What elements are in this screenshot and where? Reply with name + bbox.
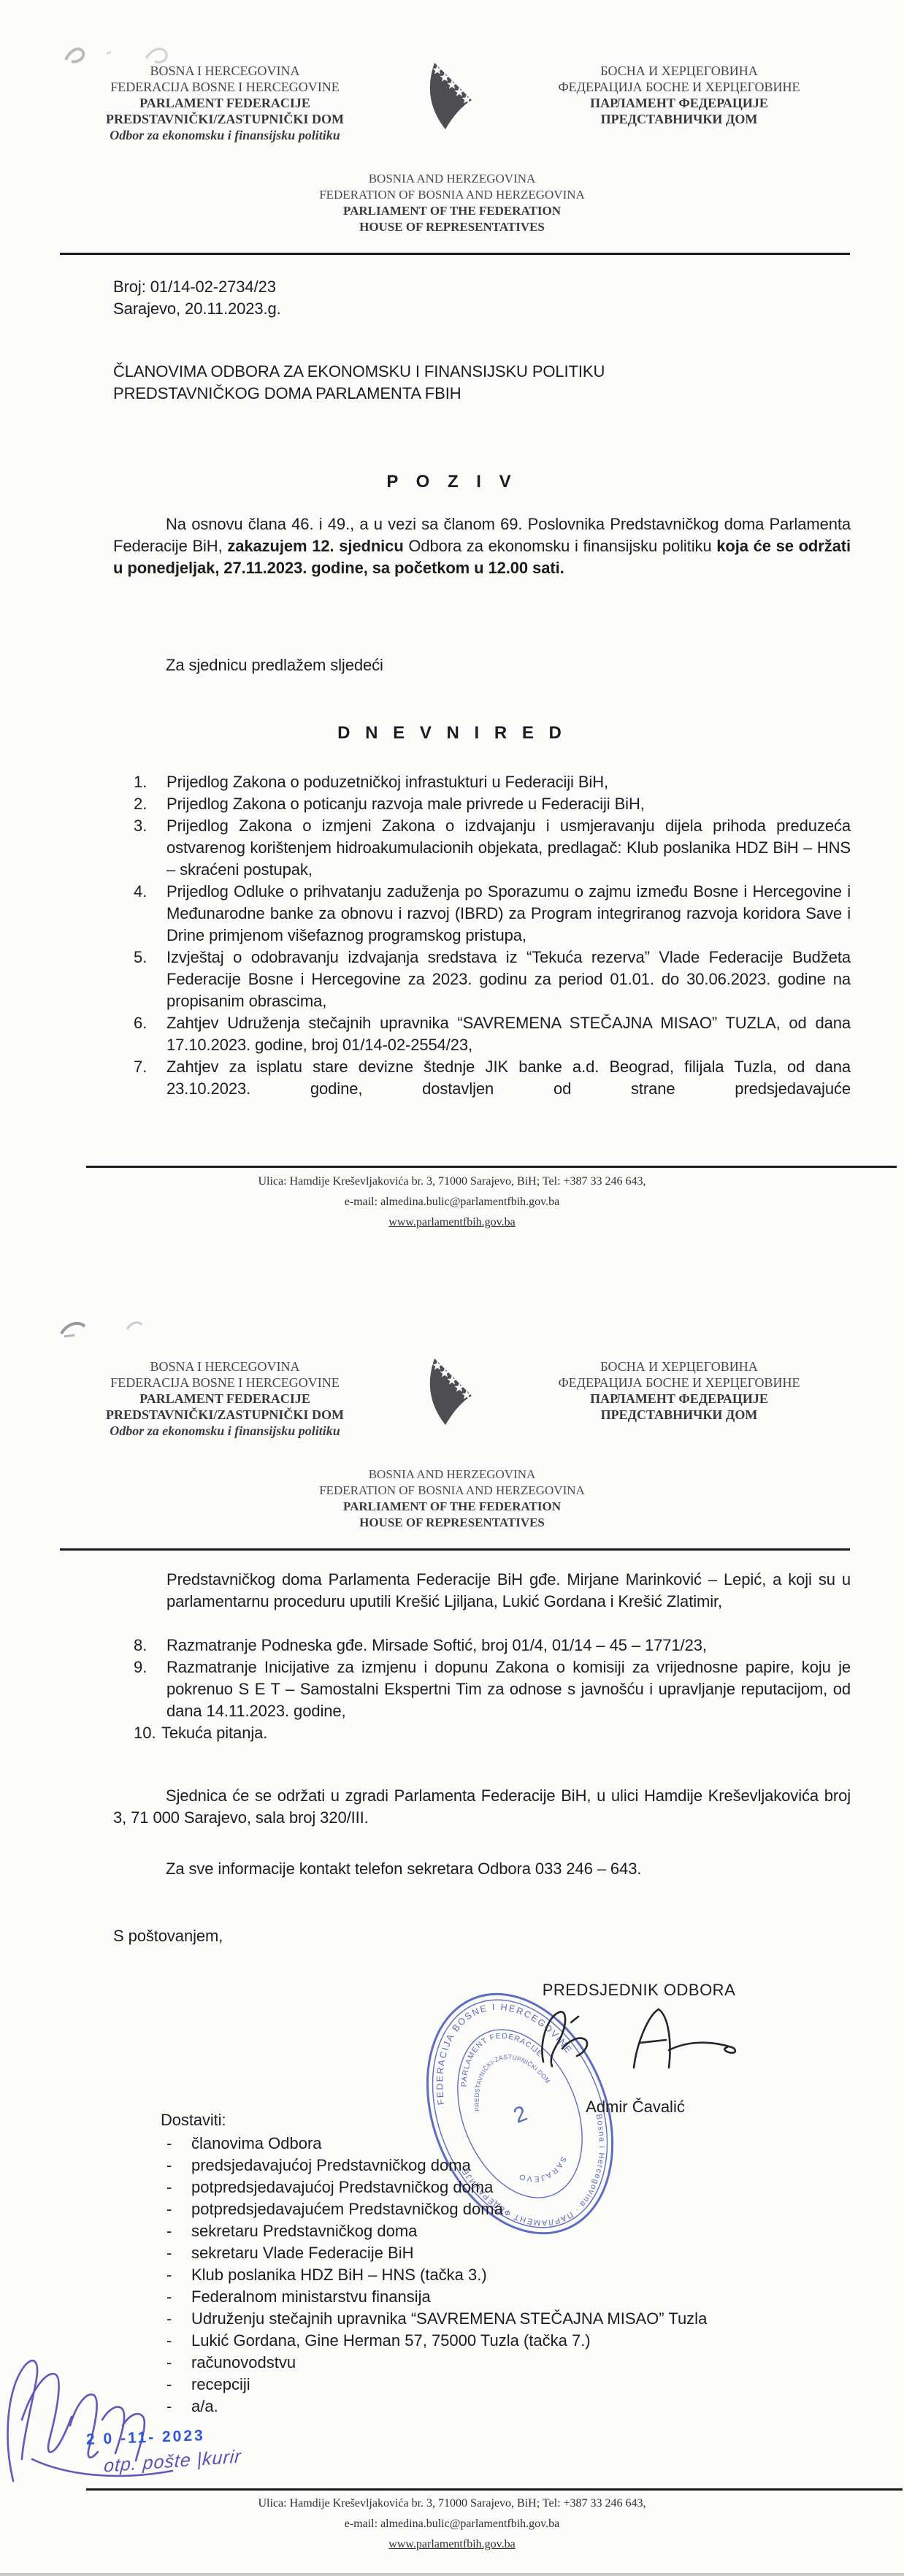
agenda-item-7: 7. Zahtjev za isplatu stare devizne šted… bbox=[134, 1056, 851, 1100]
distribution-item-text: Klub poslanika HDZ BiH – HNS (tačka 3.) bbox=[191, 2264, 487, 2286]
distribution-item-5: -sekretaru Predstavničkog doma bbox=[166, 2220, 707, 2242]
footer-website: www.parlamentfbih.gov.ba bbox=[0, 2534, 904, 2555]
contact-info-paragraph: Za sve informacije kontakt telefon sekre… bbox=[113, 1858, 851, 1880]
agenda-item-text: Razmatranje Podneska gđe. Mirsade Softić… bbox=[166, 1635, 851, 1656]
agenda-list-page2: 8. Razmatranje Podneska gđe. Mirsade Sof… bbox=[134, 1635, 851, 1744]
agenda-item-5: 5. Izvještaj o odobravanju izdvajanja sr… bbox=[134, 947, 851, 1012]
distribution-item-text: članovima Odbora bbox=[191, 2133, 322, 2155]
federation-name-cyr: ФЕДЕРАЦИЈА БОСНЕ И ХЕРЦЕГОВИНЕ bbox=[497, 1375, 862, 1391]
dash-bullet: - bbox=[166, 2176, 191, 2198]
federation-name-cyr: ФЕДЕРАЦИЈА БОСНЕ И ХЕРЦЕГОВИНЕ bbox=[497, 79, 862, 95]
distribution-item-12: -recepciji bbox=[166, 2374, 707, 2396]
agenda-item-text: Prijedlog Zakona o poticanju razvoja mal… bbox=[166, 793, 851, 815]
agenda-item-6: 6. Zahtjev Udruženja stečajnih upravnika… bbox=[134, 1012, 851, 1056]
coat-of-arms-icon bbox=[416, 61, 473, 131]
committee-name: Odbor za ekonomsku i finansijsku politik… bbox=[42, 1423, 407, 1439]
dash-bullet: - bbox=[166, 2155, 191, 2176]
agenda-item-1: 1. Prijedlog Zakona o poduzetničkoj infr… bbox=[134, 771, 851, 793]
agenda-item-3: 3. Prijedlog Zakona o izmjeni Zakona o i… bbox=[134, 815, 851, 881]
distribution-item-text: računovodstvu bbox=[191, 2352, 296, 2374]
agenda-item-text: Tekuća pitanja. bbox=[161, 1722, 851, 1744]
dash-bullet: - bbox=[166, 2220, 191, 2242]
footer-website: www.parlamentfbih.gov.ba bbox=[0, 1212, 904, 1233]
header-center-english-p2: BOSNIA AND HERZEGOVINA FEDERATION OF BOS… bbox=[226, 1467, 678, 1531]
agenda-item-text: Izvještaj o odobravanju izdvajanja sreds… bbox=[166, 947, 851, 1012]
parliament-name-cyr: ПАРЛАМЕНТ ФЕДЕРАЦИЈЕ bbox=[497, 1391, 862, 1407]
footer-address: Ulica: Hamdije Kreševljakovića br. 3, 71… bbox=[0, 1172, 904, 1192]
agenda-item-number: 9. bbox=[134, 1656, 166, 1678]
federation-name-en: FEDERATION OF BOSNIA AND HERZEGOVINA bbox=[226, 1483, 678, 1499]
scan-smudge-mark-page2 bbox=[57, 1312, 145, 1344]
footer-email: e-mail: almedina.bulic@parlamentfbih.gov… bbox=[0, 2514, 904, 2534]
parliament-name: PARLAMENT FEDERACIJE bbox=[42, 95, 407, 111]
distribution-item-text: Lukić Gordana, Gine Herman 57, 75000 Tuz… bbox=[191, 2330, 591, 2352]
parliament-name-cyr: ПАРЛАМЕНТ ФЕДЕРАЦИЈЕ bbox=[497, 95, 862, 111]
country-name-en: BOSNIA AND HERZEGOVINA bbox=[226, 1467, 678, 1483]
header-divider-rule bbox=[60, 253, 850, 255]
addressee-line-2: PREDSTAVNIČKOG DOMA PARLAMENTA FBIH bbox=[113, 383, 605, 405]
distribution-item-7: -Klub poslanika HDZ BiH – HNS (tačka 3.) bbox=[166, 2264, 707, 2286]
proposal-line: Za sjednicu predlažem sljedeći bbox=[166, 654, 383, 676]
distribution-item-text: recepciji bbox=[191, 2374, 250, 2396]
house-name-en: HOUSE OF REPRESENTATIVES bbox=[226, 219, 678, 235]
agenda-item-text: Prijedlog Odluke o prihvatanju zaduženja… bbox=[166, 881, 851, 947]
committee-name: Odbor za ekonomsku i finansijsku politik… bbox=[42, 127, 407, 143]
signatory-name: Admir Čavalić bbox=[511, 2098, 759, 2117]
distribution-item-text: Udruženju stečajnih upravnika “SAVREMENA… bbox=[191, 2308, 707, 2330]
distribution-item-text: potpredsjedavajućem Predstavničkog doma bbox=[191, 2198, 503, 2220]
distribution-item-1: -članovima Odbora bbox=[166, 2133, 707, 2155]
coat-of-arms-icon-p2 bbox=[416, 1357, 473, 1427]
scan-bottom-edge bbox=[0, 2573, 904, 2576]
dash-bullet: - bbox=[166, 2133, 191, 2155]
house-name-en: HOUSE OF REPRESENTATIVES bbox=[226, 1515, 678, 1531]
footer-address: Ulica: Hamdije Kreševljakovića br. 3, 71… bbox=[0, 2493, 904, 2514]
distribution-item-text: potpredsjedavajućoj Predstavničkog doma bbox=[191, 2176, 493, 2198]
intro-text-bold-1: zakazujem 12. sjednicu bbox=[227, 537, 403, 555]
agenda-item-number: 6. bbox=[134, 1012, 166, 1034]
agenda-item-number: 2. bbox=[134, 793, 166, 815]
country-name: BOSNA I HERCEGOVINA bbox=[42, 63, 407, 79]
agenda-item-number: 10. bbox=[134, 1722, 161, 1744]
agenda-item-text: Zahtjev Udruženja stečajnih upravnika “S… bbox=[166, 1012, 851, 1056]
agenda-item-number: 5. bbox=[134, 947, 166, 968]
dash-bullet: - bbox=[166, 2264, 191, 2286]
parliament-name-en: PARLIAMENT OF THE FEDERATION bbox=[226, 203, 678, 219]
house-name: PREDSTAVNIČKI/ZASTUPNIČKI DOM bbox=[42, 111, 407, 127]
distribution-item-8: -Federalnom ministarstvu finansija bbox=[166, 2286, 707, 2308]
agenda-item-number: 8. bbox=[134, 1635, 166, 1656]
header-left-latin: BOSNA I HERCEGOVINA FEDERACIJA BOSNE I H… bbox=[42, 63, 407, 143]
federation-name-en: FEDERATION OF BOSNIA AND HERZEGOVINA bbox=[226, 187, 678, 203]
distribution-item-text: predsjedavajućoj Predstavničkog doma bbox=[191, 2155, 471, 2176]
salutation: S poštovanjem, bbox=[113, 1925, 223, 1947]
house-name: PREDSTAVNIČKI/ZASTUPNIČKI DOM bbox=[42, 1407, 407, 1423]
distribution-item-13: -a/a. bbox=[166, 2396, 707, 2418]
signature-ink bbox=[533, 1998, 752, 2085]
dash-bullet: - bbox=[166, 2242, 191, 2264]
country-name: BOSNA I HERCEGOVINA bbox=[42, 1358, 407, 1375]
house-name-cyr: ПРЕДСТАВНИЧКИ ДОМ bbox=[497, 111, 862, 127]
agenda-item-number: 7. bbox=[134, 1056, 166, 1078]
agenda-item-text: Prijedlog Zakona o poduzetničkoj infrast… bbox=[166, 771, 851, 793]
agenda-item-text: Prijedlog Zakona o izmjeni Zakona o izdv… bbox=[166, 815, 851, 881]
country-name-en: BOSNIA AND HERZEGOVINA bbox=[226, 171, 678, 187]
footer-page1: Ulica: Hamdije Kreševljakovića br. 3, 71… bbox=[0, 1172, 904, 1233]
place-and-date: Sarajevo, 20.11.2023.g. bbox=[113, 298, 281, 320]
distribution-item-text: sekretaru Predstavničkog doma bbox=[191, 2220, 417, 2242]
header-right-cyrillic: БОСНА И ХЕРЦЕГОВИНА ФЕДЕРАЦИЈА БОСНЕ И Х… bbox=[497, 63, 862, 127]
footer-rule-page2 bbox=[86, 2488, 903, 2491]
document-title: P O Z I V bbox=[0, 472, 904, 492]
country-name-cyr: БОСНА И ХЕРЦЕГОВИНА bbox=[497, 63, 862, 79]
parliament-name-en: PARLIAMENT OF THE FEDERATION bbox=[226, 1499, 678, 1515]
distribution-item-3: -potpredsjedavajućoj Predstavničkog doma bbox=[166, 2176, 707, 2198]
dash-bullet: - bbox=[166, 2308, 191, 2330]
distribution-item-text: Federalnom ministarstvu finansija bbox=[191, 2286, 431, 2308]
addressee-line-1: ČLANOVIMA ODBORA ZA EKONOMSKU I FINANSIJ… bbox=[113, 361, 605, 383]
footer-email: e-mail: almedina.bulic@parlamentfbih.gov… bbox=[0, 1192, 904, 1212]
header-center-english: BOSNIA AND HERZEGOVINA FEDERATION OF BOS… bbox=[226, 171, 678, 235]
header-left-latin-p2: BOSNA I HERCEGOVINA FEDERACIJA BOSNE I H… bbox=[42, 1358, 407, 1439]
agenda-item-10: 10. Tekuća pitanja. bbox=[134, 1722, 851, 1744]
country-name-cyr: БОСНА И ХЕРЦЕГОВИНА bbox=[497, 1358, 862, 1375]
distribution-item-2: -predsjedavajućoj Predstavničkog doma bbox=[166, 2155, 707, 2176]
distribution-item-4: -potpredsjedavajućem Predstavničkog doma bbox=[166, 2198, 707, 2220]
header-divider-rule-p2 bbox=[60, 1548, 850, 1551]
footer-rule-page1 bbox=[86, 1166, 897, 1168]
agenda-item-2: 2. Prijedlog Zakona o poticanju razvoja … bbox=[134, 793, 851, 815]
addressee-block: ČLANOVIMA ODBORA ZA EKONOMSKU I FINANSIJ… bbox=[113, 361, 605, 405]
agenda-item-number: 4. bbox=[134, 881, 166, 903]
distribution-item-text: sekretaru Vlade Federacije BiH bbox=[191, 2242, 413, 2264]
dash-bullet: - bbox=[166, 2198, 191, 2220]
agenda-item-4: 4. Prijedlog Odluke o prihvatanju zaduže… bbox=[134, 881, 851, 947]
agenda-item-7-continuation: Predstavničkog doma Parlamenta Federacij… bbox=[166, 1569, 851, 1613]
distribution-item-6: -sekretaru Vlade Federacije BiH bbox=[166, 2242, 707, 2264]
reference-number: Broj: 01/14-02-2734/23 bbox=[113, 276, 281, 298]
agenda-item-text: Zahtjev za isplatu stare devizne štednje… bbox=[166, 1056, 851, 1100]
house-name-cyr: ПРЕДСТАВНИЧКИ ДОМ bbox=[497, 1407, 862, 1423]
agenda-item-number: 3. bbox=[134, 815, 166, 837]
agenda-title: D N E V N I R E D bbox=[0, 723, 904, 744]
agenda-item-8: 8. Razmatranje Podneska gđe. Mirsade Sof… bbox=[134, 1635, 851, 1656]
distribution-list: -članovima Odbora -predsjedavajućoj Pred… bbox=[166, 2133, 707, 2418]
agenda-item-text: Razmatranje Inicijative za izmjenu i dop… bbox=[166, 1656, 851, 1722]
reference-block: Broj: 01/14-02-2734/23 Sarajevo, 20.11.2… bbox=[113, 276, 281, 320]
dash-bullet: - bbox=[166, 2286, 191, 2308]
distribution-label: Dostaviti: bbox=[161, 2109, 226, 2131]
intro-paragraph: Na osnovu člana 46. i 49., a u vezi sa č… bbox=[113, 513, 851, 579]
agenda-item-number: 1. bbox=[134, 771, 166, 793]
agenda-list-page1: 1. Prijedlog Zakona o poduzetničkoj infr… bbox=[134, 771, 851, 1100]
header-right-cyrillic-p2: БОСНА И ХЕРЦЕГОВИНА ФЕДЕРАЦИЈА БОСНЕ И Х… bbox=[497, 1358, 862, 1423]
federation-name: FEDERACIJA BOSNE I HERCEGOVINE bbox=[42, 79, 407, 95]
agenda-item-9: 9. Razmatranje Inicijative za izmjenu i … bbox=[134, 1656, 851, 1722]
distribution-item-10: -Lukić Gordana, Gine Herman 57, 75000 Tu… bbox=[166, 2330, 707, 2352]
distribution-item-11: -računovodstvu bbox=[166, 2352, 707, 2374]
federation-name: FEDERACIJA BOSNE I HERCEGOVINE bbox=[42, 1375, 407, 1391]
scanned-document: BOSNA I HERCEGOVINA FEDERACIJA BOSNE I H… bbox=[0, 0, 904, 2576]
parliament-name: PARLAMENT FEDERACIJE bbox=[42, 1391, 407, 1407]
session-location-paragraph: Sjednica će se održati u zgradi Parlamen… bbox=[113, 1785, 851, 1829]
footer-page2: Ulica: Hamdije Kreševljakovića br. 3, 71… bbox=[0, 2493, 904, 2555]
distribution-item-9: -Udruženju stečajnih upravnika “SAVREMEN… bbox=[166, 2308, 707, 2330]
intro-text-2: Odbora za ekonomsku i finansijsku politi… bbox=[404, 537, 717, 555]
